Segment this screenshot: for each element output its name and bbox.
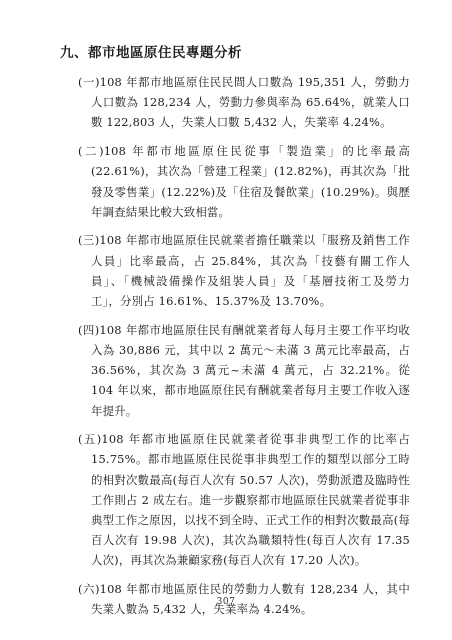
paragraph-2-marker: (二)	[78, 144, 104, 158]
paragraph-1: (一)108 年都市地區原住民民間人口數為 195,351 人，勞動力人口數為 …	[91, 72, 410, 133]
paragraph-2: (二)108 年都市地區原住民從事「製造業」的比率最高(22.61%)，其次為「…	[91, 141, 410, 222]
paragraph-5-text: 108 年都市地區原住民就業者從事非典型工作的比率占 15.75%。都市地區原住…	[91, 432, 410, 567]
paragraph-4-marker: (四)	[78, 323, 99, 337]
section-title: 九、都市地區原住民專題分析	[0, 0, 452, 61]
report-page: 九、都市地區原住民專題分析 (一)108 年都市地區原住民民間人口數為 195,…	[0, 0, 452, 640]
paragraph-6-marker: (六)	[78, 582, 100, 596]
paragraph-3-marker: (三)	[78, 233, 99, 247]
paragraph-3: (三)108 年都市地區原住民就業者擔任職業以「服務及銷售工作人員」比率最高，占…	[91, 230, 410, 311]
paragraph-3-text: 108 年都市地區原住民就業者擔任職業以「服務及銷售工作人員」比率最高，占 25…	[91, 233, 410, 308]
paragraph-4: (四)108 年都市地區原住民有酬就業者每人每月主要工作平均收入為 30,886…	[91, 320, 410, 421]
paragraph-1-marker: (一)	[78, 75, 100, 89]
paragraph-1-text: 108 年都市地區原住民民間人口數為 195,351 人，勞動力人口數為 128…	[91, 75, 410, 129]
paragraph-4-text: 108 年都市地區原住民有酬就業者每人每月主要工作平均收入為 30,886 元，…	[91, 323, 410, 418]
paragraph-2-text: 108 年都市地區原住民從事「製造業」的比率最高(22.61%)，其次為「營建工…	[91, 144, 410, 219]
paragraph-5: (五)108 年都市地區原住民就業者從事非典型工作的比率占 15.75%。都市地…	[91, 429, 410, 570]
page-number: 307	[0, 597, 452, 607]
paragraph-list: (一)108 年都市地區原住民民間人口數為 195,351 人，勞動力人口數為 …	[0, 72, 452, 620]
paragraph-5-marker: (五)	[78, 432, 101, 446]
